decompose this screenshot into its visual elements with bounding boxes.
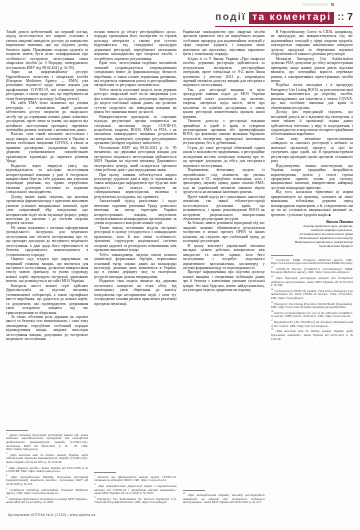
section-header: події та коментарі :: 7 bbox=[215, 11, 353, 27]
author-signature: Василь Пашков bbox=[271, 220, 353, 225]
footnote-number: 17 bbox=[271, 319, 273, 322]
footnotes-block: 7 Безпека та ефективність вакцин проти C… bbox=[94, 468, 176, 506]
footnote: 1 «Деякі питання державної реєстрації ва… bbox=[6, 433, 88, 452]
footnote: 18 «Про внесення змін до деяких законів … bbox=[271, 329, 353, 341]
text-column-2: позаяк вимоги до обсягу реєстраційного д… bbox=[94, 30, 176, 506]
body-paragraph: Подібна логіка закладена і в процедуру E… bbox=[271, 83, 353, 110]
body-paragraph: За таких обставин роль держави як гарант… bbox=[6, 315, 88, 342]
author-credentials-line: імені Ярослава Мудрого bbox=[271, 245, 353, 249]
newspaper-page: події та коментарі :: 7 Такий доволі неб… bbox=[0, 0, 360, 530]
body-paragraph: Тобто законодавець свідомо пішов шляхом … bbox=[94, 253, 176, 280]
footnote-number: 1 bbox=[6, 432, 7, 435]
body-paragraph: При цьому заявник зобов'язується надати … bbox=[94, 173, 176, 200]
section-separator: :: bbox=[337, 12, 344, 23]
footnote: 14 Coronavirus (COVID-19) Update: FDA Is… bbox=[271, 289, 353, 301]
footnote-number: 13 bbox=[271, 275, 273, 278]
text-column-3: Українське законодавство про лікарські з… bbox=[183, 30, 265, 506]
text-column-1: Такий доволі небезпечний, на перший погл… bbox=[6, 30, 88, 506]
footnote: 6 «Питання Державного експертного центру… bbox=[6, 497, 88, 505]
body-paragraph: Українське законодавство про лікарські з… bbox=[183, 30, 265, 57]
body-paragraph: Ба більше, навіть розвинені юрисдикції п… bbox=[183, 221, 265, 243]
body-paragraph: Не менш важливим є питання інформування … bbox=[6, 226, 88, 257]
footnote: 5 Conditional marketing authorisation. E… bbox=[6, 488, 88, 496]
footnote-number: 6 bbox=[6, 496, 7, 499]
footnote-number: 3 bbox=[6, 465, 7, 468]
body-paragraph: Порівнюючи вітчизняну модель із європейс… bbox=[183, 168, 265, 195]
footnote: 17 Regulation (EC) No 726/2004 of the Eu… bbox=[271, 320, 353, 328]
body-paragraph: позаяк вимоги до обсягу реєстраційного д… bbox=[94, 30, 176, 61]
footnote-number: 4 bbox=[6, 474, 7, 477]
footnote: 16 Interim recommendations for use of th… bbox=[271, 311, 353, 319]
footnote-number: 11 bbox=[271, 257, 273, 260]
body-paragraph: Прозоре інформування про підстави допуск… bbox=[183, 270, 265, 292]
footnote: 9 Emergency Use Authorization for Vaccin… bbox=[94, 497, 176, 505]
body-paragraph: В цьому контексті український механізм в… bbox=[183, 244, 265, 271]
article-columns: Такий доволі небезпечний, на перший погл… bbox=[6, 30, 353, 506]
footnote: 4 «Про затвердження Порядку державної ре… bbox=[6, 475, 88, 487]
page-footer: Щотижневик АПТЕКА №11 (1292) • www.aptek… bbox=[8, 513, 96, 517]
footnote: 13 «Про державну реєстрацію вакцини для … bbox=[271, 276, 353, 288]
body-paragraph: Тобто замість класичної моделі, коли дер… bbox=[94, 88, 176, 115]
footnote-separator-rule bbox=[183, 490, 205, 491]
article-end-marker: ■ bbox=[328, 213, 331, 217]
footnote: 15 Emergency Use Listing Procedure. Worl… bbox=[271, 302, 353, 310]
footnote-number: 5 bbox=[6, 487, 7, 490]
body-paragraph: Власне, саме такий механізм застосовано … bbox=[6, 132, 88, 163]
body-paragraph: Окремо слід згадати про маркування: на в… bbox=[6, 257, 88, 284]
body-paragraph: Зараз на інформаційному ресурсі Європейс… bbox=[6, 70, 88, 101]
footnote-number: 8 bbox=[94, 483, 95, 486]
footer-text: Щотижневик АПТЕКА №11 (1292) • www.aptek… bbox=[8, 513, 96, 517]
footnote-number: 14 bbox=[271, 288, 273, 291]
footnote: 7 Безпека та ефективність вакцин проти C… bbox=[94, 475, 176, 483]
body-paragraph: Водночас така модель вимагає від держави… bbox=[94, 279, 176, 306]
body-paragraph: Саме тому механічне протиставлення «швид… bbox=[271, 137, 353, 164]
body-paragraph: Умовою допуску є реєстрація вакцини прин… bbox=[183, 119, 265, 146]
body-paragraph: Таким чином, вітчизняна модель екстреної… bbox=[94, 226, 176, 253]
body-paragraph: Від того, наскільки ефективно ці норми п… bbox=[271, 190, 353, 217]
body-paragraph: Постановою КМУ від 08.02.2021 р. № 95 ви… bbox=[94, 146, 176, 173]
text-column-4: В Європейському Союзі та США, наприклад,… bbox=[271, 30, 353, 506]
footnote: 12 COVID-19 Vaccine (ChAdOx1-S [recombin… bbox=[271, 267, 353, 275]
body-paragraph: В Європейському Союзі та США, наприклад,… bbox=[271, 30, 353, 57]
footnote-number: 10 bbox=[183, 492, 185, 495]
footnote: 8 «Про затвердження Дорожньої карти з вп… bbox=[94, 484, 176, 496]
body-paragraph: Контроль якості кожної серії здійснює Де… bbox=[6, 284, 88, 315]
footnotes-block: 11 Comirnaty: EPAR. European Medicines A… bbox=[271, 251, 353, 342]
body-paragraph: Використовуючи прискорені та спрощені пі… bbox=[94, 115, 176, 146]
footnote-separator-rule bbox=[271, 255, 293, 256]
print-registration-mark bbox=[302, 3, 334, 6]
footnote: 10 «Про затвердження Порядку розгляду ре… bbox=[183, 493, 265, 505]
body-paragraph: Механізм Emergency Use Authorization доз… bbox=[271, 57, 353, 84]
section-title-plain: події bbox=[215, 12, 246, 23]
body-paragraph: Проте такий підхід не є унікальним: анал… bbox=[183, 195, 265, 222]
body-paragraph: Досвід інших країн свідчить, що належна … bbox=[6, 195, 88, 226]
body-paragraph: Підсумовуючи, можна констатувати, що Укр… bbox=[271, 164, 353, 191]
footnote-number: 2 bbox=[6, 452, 7, 455]
body-paragraph: Водночас варто звернути увагу, що відпов… bbox=[6, 164, 88, 195]
footnote-number: 18 bbox=[271, 328, 273, 331]
footnote: 3 «Про лікарські засоби»: Закон України … bbox=[6, 466, 88, 474]
print-mark-bar bbox=[302, 3, 328, 6]
footnote-separator-rule bbox=[94, 472, 116, 473]
body-paragraph: Згідно зі ст. 9 Закону України «Про ліка… bbox=[183, 57, 265, 88]
body-paragraph: Досвід цих юрисдикцій свідчить, що екстр… bbox=[271, 110, 353, 137]
footnote-number: 12 bbox=[271, 266, 273, 269]
body-paragraph: На сайті ЕМА чітко зазначено, що умовна … bbox=[6, 101, 88, 132]
footnotes-block: 10 «Про затвердження Порядку розгляду ре… bbox=[183, 487, 265, 506]
body-paragraph: Такий доволі небезпечний, на перший погл… bbox=[6, 30, 88, 70]
section-title-highlight: та коментарі bbox=[249, 12, 334, 24]
body-paragraph: Так, для реєстрації вакцини за цією проц… bbox=[183, 88, 265, 119]
body-paragraph: Крім того, застосування подібних механіз… bbox=[94, 61, 176, 88]
footnote-number: 15 bbox=[271, 301, 273, 304]
footnote: 2 «Про внесення змін до деяких законів У… bbox=[6, 453, 88, 465]
author-credentials: доктор юридичних наук, професор,завідува… bbox=[271, 225, 353, 248]
print-mark-dot bbox=[331, 3, 334, 6]
page-number: 7 bbox=[347, 11, 353, 23]
footnote-number: 9 bbox=[94, 496, 95, 499]
footnotes-block: 1 «Деякі питання державної реєстрації ва… bbox=[6, 426, 88, 506]
footnote-number: 16 bbox=[271, 310, 273, 313]
footnote: 11 Comirnaty: EPAR. European Medicines A… bbox=[271, 258, 353, 266]
footnote-separator-rule bbox=[6, 430, 28, 431]
body-paragraph: Аналогічний підхід реалізовано і щодо вв… bbox=[94, 199, 176, 226]
body-paragraph: Строк дії такої реєстрації обмежений одн… bbox=[183, 146, 265, 168]
footnote-number: 7 bbox=[94, 474, 95, 477]
